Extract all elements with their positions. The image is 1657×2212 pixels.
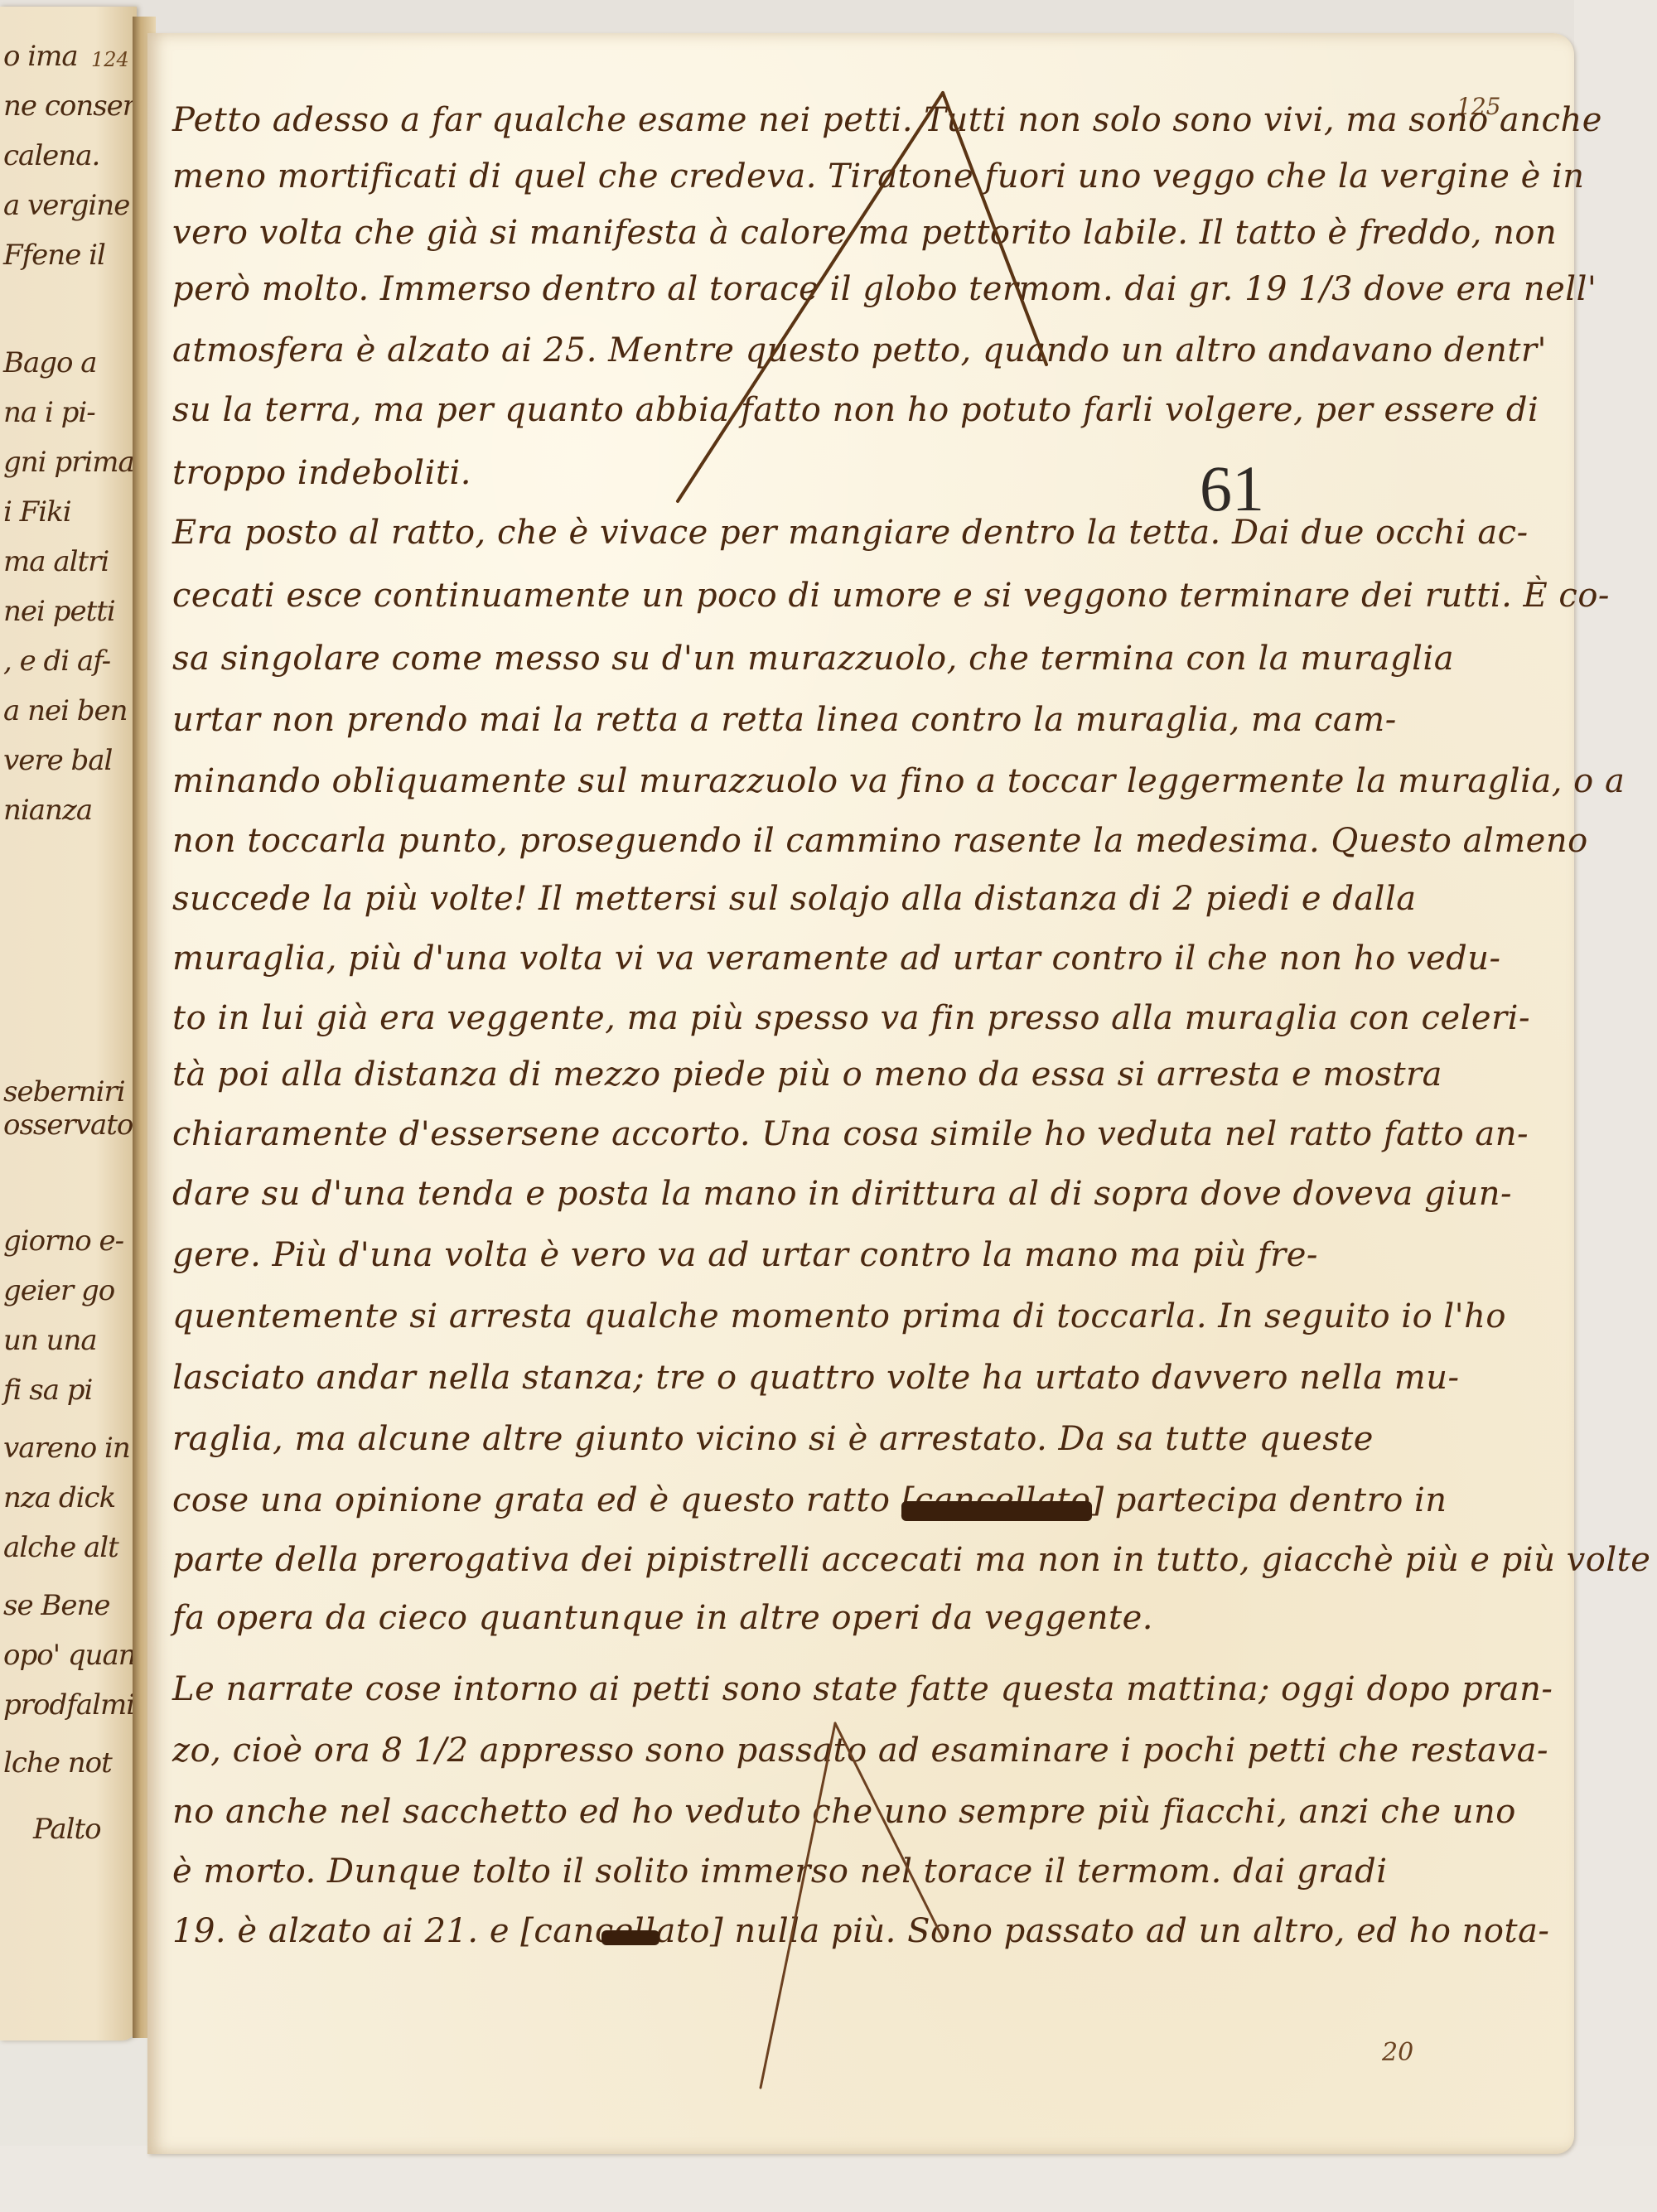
left-page-line: se Bene (3, 1589, 110, 1622)
left-page-line: a nei ben (3, 694, 128, 727)
left-page-folio-number: 124 (91, 48, 129, 71)
left-page-line: seberniri (3, 1075, 125, 1108)
left-page-line: Bago a (3, 346, 97, 379)
left-page-line: nza dick (3, 1481, 115, 1514)
left-page-line: vere bal (3, 744, 112, 777)
left-page-line: ma altri (3, 545, 109, 578)
cross-out-strokes (147, 33, 1574, 2154)
left-page-line: geier go (3, 1274, 114, 1307)
left-page-line: lche not (3, 1746, 112, 1780)
left-page-line: fi sa pi (3, 1374, 92, 1407)
left-page-line: , e di af- (3, 645, 110, 678)
left-page-line: prodfalmi (3, 1688, 134, 1722)
left-page-line: giorno e- (3, 1224, 123, 1258)
left-page-line: vareno in (3, 1432, 130, 1465)
left-page-line: na i pi- (3, 396, 95, 429)
background-bottom (0, 2146, 1657, 2212)
left-facing-page: 124 o ima ne conserva calena. a vergine … (0, 7, 137, 2041)
background-right (1574, 0, 1657, 2212)
left-page-line: a vergine (3, 189, 129, 222)
left-page-line: gni prima (3, 446, 134, 479)
left-page-line: opo' quan (3, 1639, 136, 1672)
left-page-line: Palto (33, 1813, 101, 1846)
left-page-line: alche alt (3, 1531, 118, 1564)
left-page-line: un una (3, 1324, 97, 1357)
left-page-line: o ima (3, 40, 78, 73)
left-page-line: ne conserva (3, 89, 137, 123)
left-page-line: i Fiki (3, 495, 71, 529)
left-page-line: nei petti (3, 595, 115, 628)
left-page-line: osservato (3, 1108, 133, 1142)
manuscript-page: 125 Petto adesso a far qualche esame nei… (147, 33, 1574, 2154)
left-page-line: Ffene il (3, 239, 105, 272)
left-page-line: nianza (3, 794, 92, 827)
left-page-line: calena. (3, 139, 99, 172)
